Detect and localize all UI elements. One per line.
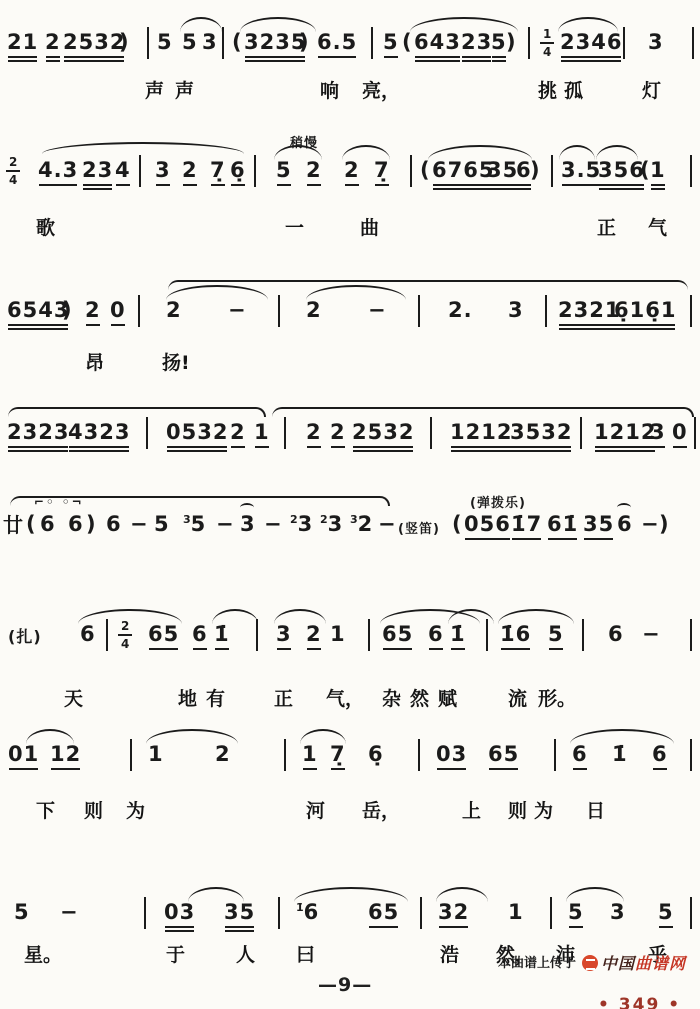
site-name-part2: 曲谱网 <box>635 954 686 973</box>
watermark-text: 本曲谱上传于 <box>498 956 576 971</box>
page-number: —9— <box>318 974 372 996</box>
watermark: 本曲谱上传于中国曲谱网 <box>498 951 686 974</box>
score-page: { "page": { "bg": "#fcfbf7", "ink": "#1b… <box>0 0 700 1009</box>
page-footer: —9— 本曲谱上传于中国曲谱网 • 349 • <box>0 0 700 1009</box>
site-name-part1: 中国 <box>601 954 635 973</box>
print-page-number: • 349 • <box>598 995 681 1009</box>
site-logo-icon <box>582 955 598 971</box>
